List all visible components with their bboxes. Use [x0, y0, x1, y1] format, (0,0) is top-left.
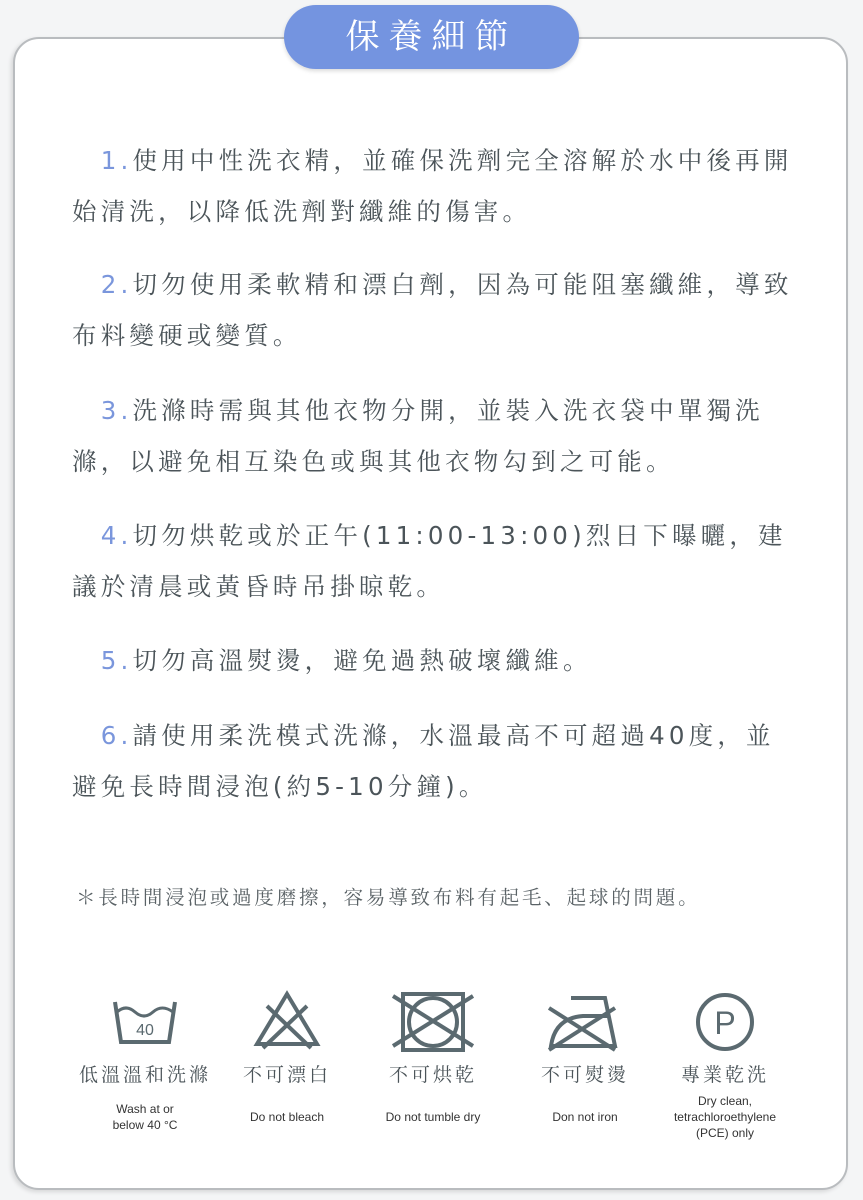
svg-text:P: P	[714, 1005, 735, 1041]
no-bleach-icon	[249, 990, 325, 1050]
page-title: 保養細節	[284, 5, 579, 69]
no-iron-icon	[543, 990, 627, 1054]
svg-text:40: 40	[136, 1022, 154, 1039]
instruction-4: 4.切勿烘乾或於正午(11:00-13:00)烈日下曝曬，建議於清晨或黃昏時吊掛…	[72, 510, 802, 612]
care-no-iron: 不可熨燙 Don not iron	[510, 990, 660, 1125]
care-no-tumble-dry: 不可烘乾 Do not tumble dry	[358, 990, 508, 1125]
instruction-2: 2.切勿使用柔軟精和漂白劑，因為可能阻塞纖維，導致布料變硬或變質。	[72, 259, 802, 361]
no-tumble-dry-icon	[391, 990, 475, 1054]
instruction-1: 1.使用中性洗衣精，並確保洗劑完全溶解於水中後再開始清洗，以降低洗劑對纖維的傷害…	[72, 135, 802, 237]
care-no-bleach: 不可漂白 Do not bleach	[212, 990, 362, 1125]
note-text: ＊長時間浸泡或過度磨擦，容易導致布料有起毛、起球的問題。	[76, 882, 806, 910]
instruction-6: 6.請使用柔洗模式洗滌，水溫最高不可超過40度，並避免長時間浸泡(約5-10分鐘…	[72, 710, 802, 812]
instruction-5: 5.切勿高溫熨燙，避免過熱破壞纖維。	[72, 635, 802, 686]
care-wash-40: 40 低溫溫和洗滌 Wash at orbelow 40 °C	[70, 990, 220, 1133]
wash-40-icon: 40	[107, 990, 183, 1050]
instruction-3: 3.洗滌時需與其他衣物分開，並裝入洗衣袋中單獨洗滌，以避免相互染色或與其他衣物勾…	[72, 385, 802, 487]
care-dry-clean: P 專業乾洗 Dry clean,tetrachloroethylene(PCE…	[650, 990, 800, 1141]
dry-clean-p-icon: P	[693, 990, 757, 1054]
